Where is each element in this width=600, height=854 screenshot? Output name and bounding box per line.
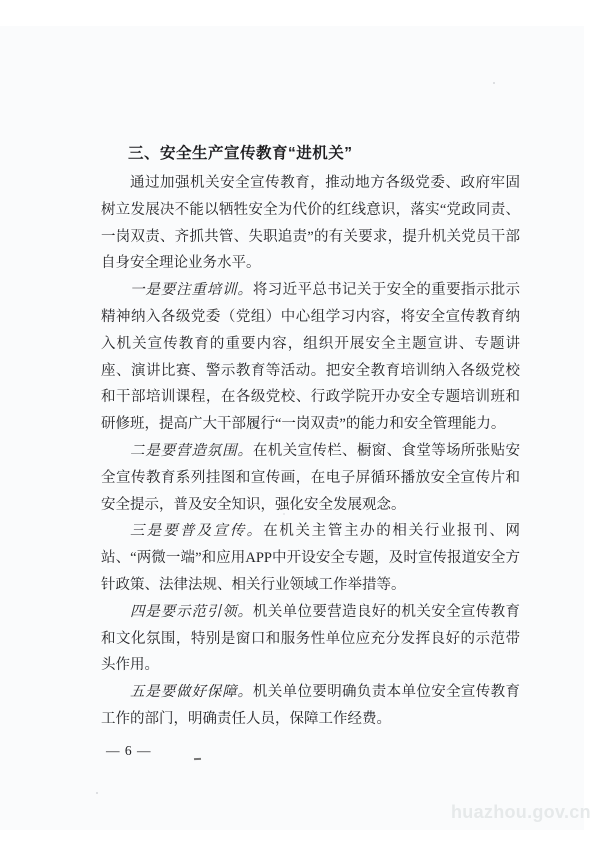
paragraph: 三是要普及宣传。在机关主管主办的相关行业报刊、网站、“两微一端”和应用APP中开… xyxy=(101,518,520,598)
scanned-document-page: 三、安全生产宣传教育“进机关” 通过加强机关安全宣传教育，推动地方各级党委、政府… xyxy=(0,0,600,854)
scan-speck xyxy=(283,513,285,515)
paragraph: 五是要做好保障。机关单位要明确负责本单位安全宣传教育工作的部门，明确责任人员，保… xyxy=(101,679,520,733)
paragraph: 通过加强机关安全宣传教育，推动地方各级党委、政府牢固树立发展决不能以牺牲安全为代… xyxy=(101,170,520,277)
scan-speck xyxy=(493,82,495,84)
paragraph-lead: 二是要营造氛围。 xyxy=(130,443,253,459)
paragraph: 一是要注重培训。将习近平总书记关于安全的重要指示批示精神纳入各级党委（党组）中心… xyxy=(101,277,520,438)
scan-speck xyxy=(96,792,98,794)
paragraph-lead: 一是要注重培训。 xyxy=(130,282,253,298)
document-body: 三、安全生产宣传教育“进机关” 通过加强机关安全宣传教育，推动地方各级党委、政府… xyxy=(101,140,520,733)
paragraph-lead: 三是要普及宣传。 xyxy=(130,523,263,539)
watermark-gov-site: huazhou.gov.cn xyxy=(451,802,591,823)
paragraph: 二是要营造氛围。在机关宣传栏、橱窗、食堂等场所张贴安全宣传教育系列挂图和宣传画，… xyxy=(101,438,520,518)
paragraph-lead: 四是要示范引领。 xyxy=(130,604,253,620)
paragraph-lead: 五是要做好保障。 xyxy=(130,684,253,700)
paragraph-text: 通过加强机关安全宣传教育，推动地方各级党委、政府牢固树立发展决不能以牺牲安全为代… xyxy=(101,175,520,271)
page-number: — 6 — xyxy=(106,743,152,759)
paragraph: 四是要示范引领。机关单位要营造良好的机关安全宣传教育和文化氛围，特别是窗口和服务… xyxy=(101,599,520,679)
paragraph-text: 将习近平总书记关于安全的重要指示批示精神纳入各级党委（党组）中心组学习内容，将安… xyxy=(101,282,520,432)
section-heading: 三、安全生产宣传教育“进机关” xyxy=(101,140,520,167)
